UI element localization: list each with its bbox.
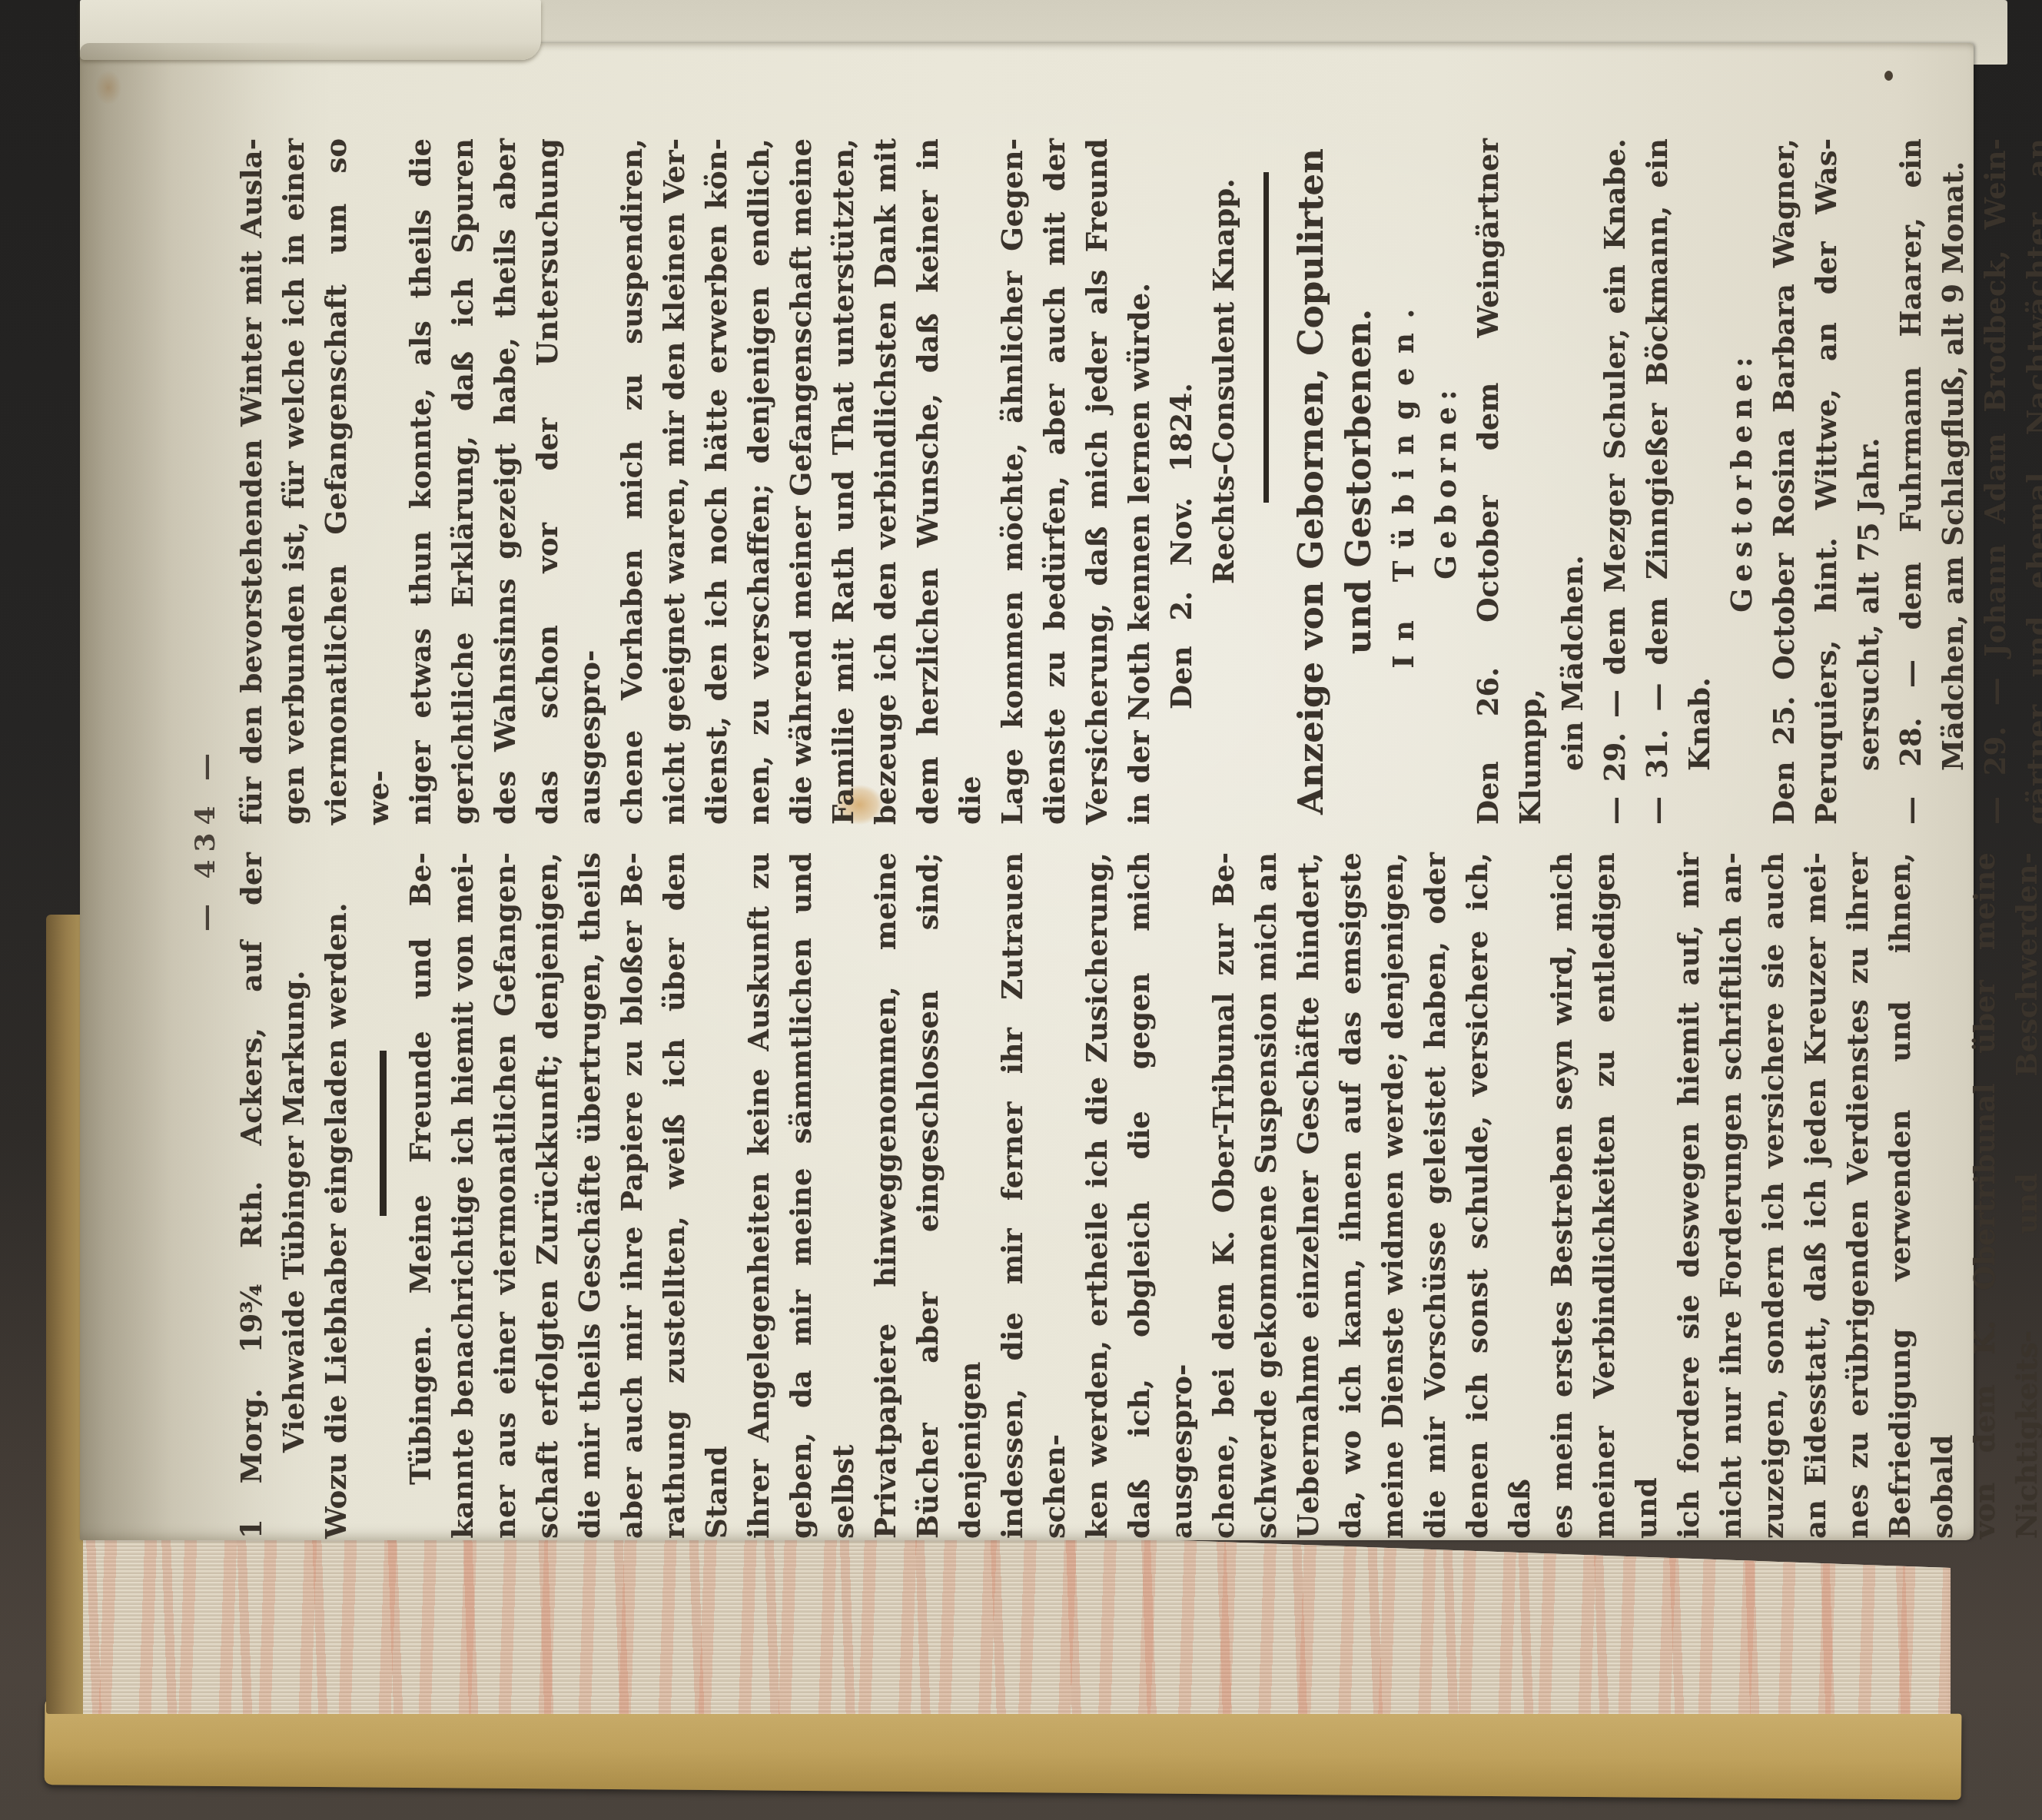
text-line: 1 Morg. 19¾ Rth. Ackers, auf der (231, 852, 273, 1539)
text-line: und Gestorbenen. (1335, 138, 1383, 825)
text-line: gärtner und ehemal. Nachtwächter, an (2017, 138, 2042, 825)
text-line: Geborne: (1425, 138, 1467, 825)
two-column-layout: 1 Morg. 19¾ Rth. Ackers, auf derViehwaid… (227, 129, 2042, 1548)
text-line: kannte benachrichtige ich hiemit von mei… (442, 852, 484, 1539)
paper-speck (1884, 71, 1893, 81)
text-line: daß ich, obgleich die gegen mich ausgesp… (1118, 852, 1203, 1539)
text-line: Uebernahme einzelner Geschäfte hindert, (1287, 852, 1330, 1539)
paper-stain (91, 65, 126, 111)
text-line: Den 26. October dem Weingärtner Klumpp, (1467, 138, 1552, 825)
text-line: chene, bei dem K. Ober-Tribunal zur Be- (1203, 852, 1245, 1539)
text-line: des Wahnsinns gezeigt habe, theils aber (484, 138, 526, 825)
text-line: aber auch mir ihre Papiere zu bloßer Be- (611, 852, 653, 1539)
text-line: ihrer Angelegenheiten keine Auskunft zu (738, 852, 780, 1539)
text-line: die mir Vorschüsse geleistet haben, oder (1414, 852, 1456, 1539)
text-line: nicht nur ihre Forderungen schriftlich a… (1710, 852, 1752, 1539)
text-line: denen ich sonst schulde, versichere ich,… (1456, 852, 1541, 1539)
text-line: dem herzlichen Wunsche, daß keiner in di… (907, 138, 991, 825)
text-line: chene Vorhaben mich zu suspendiren, (611, 138, 653, 825)
text-line: Den 2. Nov. 1824. (1160, 138, 1203, 825)
text-line: sersucht, alt 75 Jahr. (1848, 138, 1890, 825)
text-line: Befriedigung verwenden und ihnen, sobald (1879, 852, 1964, 1539)
text-line: viermonatlichen Gefangenschaft um so we- (315, 138, 400, 825)
text-line: Tübingen. Meine Freunde und Be- (400, 852, 442, 1539)
text-line: ich fordere sie deswegen hiemit auf, mir (1668, 852, 1710, 1539)
text-line: Gestorbene: (1721, 138, 1763, 825)
text-line: nen, zu verschaffen; denjenigen endlich, (738, 138, 780, 825)
text-line: meiner Verbindlichkeiten zu entledigen u… (1583, 852, 1668, 1539)
text-line: geben, da mir meine sämmtlichen und selb… (780, 852, 865, 1539)
text-line: Familie mit Rath und That unterstützten, (822, 138, 865, 825)
text-line: an Eidesstatt, daß ich jeden Kreuzer mei… (1795, 852, 1837, 1539)
text-line: für den bevorstehenden Winter mit Ausla- (231, 138, 273, 825)
text-line: es mein erstes Bestreben seyn wird, mich (1541, 852, 1583, 1539)
text-line: Wozu die Liebhaber eingeladen werden. (315, 852, 357, 1539)
text-line: dienste zu bedürfen, aber auch mit der (1034, 138, 1076, 825)
text-line: zuzeigen, sondern ich versichere sie auc… (1752, 852, 1795, 1539)
text-line: niger etwas thun konnte, als theils die (400, 138, 442, 825)
text-line: — 29. — dem Mezger Schuler, ein Knabe. (1594, 138, 1636, 825)
text-line: nicht geeignet waren, mir den kleinen Ve… (653, 138, 696, 825)
text-line: da, wo ich kann, ihnen auf das emsigste (1330, 852, 1372, 1539)
text-line (1245, 138, 1287, 825)
text-line: In Tübingen. (1383, 138, 1425, 825)
text-line: Viehwaide Tübinger Markung. (273, 852, 315, 1539)
text-line: nes zu erübrigenden Verdienstes zu ihrer (1837, 852, 1879, 1539)
text-line: Den 25. October Rosina Barbara Wagner, (1763, 138, 1805, 825)
text-line: Mädchen, am Schlagfluß, alt 9 Monat. (1932, 138, 1974, 825)
cover-left-sliver (46, 915, 83, 1714)
text-line: schwerde gekommene Suspension mich an (1245, 852, 1287, 1539)
text-line: Privatpapiere hinweggenommen, meine (865, 852, 907, 1539)
text-line: die mir theils Geschäfte übertrugen, the… (569, 852, 611, 1539)
text-line (357, 852, 400, 1539)
page-number: — 434 — (183, 129, 227, 1548)
text-line: rathung zustellten, weiß ich über den St… (653, 852, 738, 1539)
text-line: — 31. — dem Zinngießer Böckmann, ein (1636, 138, 1678, 825)
text-line: — 28. — dem Fuhrmann Haarer, ein (1890, 138, 1932, 825)
text-line: die während meiner Gefangenschaft meine (780, 138, 822, 825)
text-line: gerichtliche Erklärung, daß ich Spuren (442, 138, 484, 825)
column-left: 1 Morg. 19¾ Rth. Ackers, auf derViehwaid… (231, 852, 2042, 1539)
text-line: gen verbunden ist, für welche ich in ein… (273, 138, 315, 825)
text-line: von dem K. Obertribunal über meine (1964, 852, 2006, 1539)
text-line: meine Dienste widmen werde; denjenigen, (1372, 852, 1414, 1539)
scanned-book-photo: { "header": { "page_number": "— 434 —" }… (0, 0, 2042, 1820)
text-line: Lage kommen möchte, ähnlicher Gegen- (991, 138, 1034, 825)
rotated-print-area: — 434 — 1 Morg. 19¾ Rth. Ackers, auf der… (183, 129, 1957, 1548)
text-line: Bücher aber eingeschlossen sind; denjeni… (907, 852, 991, 1539)
text-line: bezeuge ich den verbindlichsten Dank mit (865, 138, 907, 825)
text-line: dienst, den ich noch hätte erwerben kön- (696, 138, 738, 825)
text-line: das schon vor der Untersuchung ausgespro… (526, 138, 611, 825)
text-line: indessen, die mir ferner ihr Zutrauen sc… (991, 852, 1076, 1539)
printed-page-content: — 434 — 1 Morg. 19¾ Rth. Ackers, auf der… (183, 129, 1957, 1548)
text-line: ein Mädchen. (1552, 138, 1594, 825)
text-line: Peruquiers, hint. Wittwe, an der Was- (1805, 138, 1848, 825)
text-line: Anzeige von Gebornen, Copulirten (1287, 138, 1335, 825)
text-line: Rechts-Consulent Knapp. (1203, 138, 1245, 825)
text-line: ken werden, ertheile ich die Zusicherung… (1076, 852, 1118, 1539)
text-line: schaft erfolgten Zurückkunft; denjenigen… (526, 852, 569, 1539)
column-right: für den bevorstehenden Winter mit Ausla-… (231, 138, 2042, 825)
text-line: Knab. (1678, 138, 1721, 825)
text-line: in der Noth kennen lernen würde. (1118, 138, 1160, 825)
text-line: — 29. — Johann Adam Brodbeck, Wein- (1974, 138, 2017, 825)
text-line: Versicherung, daß mich jeder als Freund (1076, 138, 1118, 825)
text-line: ner aus einer viermonatlichen Gefangen- (484, 852, 526, 1539)
text-line: Nichtigkeits- und Beschwerden-Ausführung (2006, 852, 2042, 1539)
